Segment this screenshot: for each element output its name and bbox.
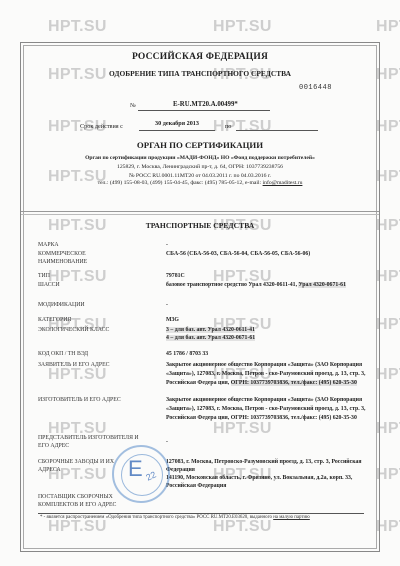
field-label: МОДИФИКАЦИИ: [38, 301, 160, 309]
valid-to-underline: [236, 130, 318, 131]
field-label: КАТЕГОРИЯ: [38, 316, 160, 324]
document-title: ОДОБРЕНИЕ ТИПА ТРАНСПОРТНОГО СРЕДСТВА: [20, 69, 380, 78]
serial-number: 0016448: [299, 84, 332, 92]
field-label: МАРКА: [38, 241, 160, 249]
field-label: СБОРОЧНЫЕ ЗАВОДЫ И ИХ АДРЕСА: [38, 458, 128, 474]
field-value: 127083, г. Москва, Петровско-Разумовский…: [166, 458, 366, 490]
applicant-highlight: ОГРН: 1037739703836, тел./факс: (495) 62…: [231, 380, 357, 386]
approval-number-underline: [138, 110, 270, 111]
certification-body-contacts: тел.: (499) 155-08-03, (499) 155-04-45, …: [20, 180, 380, 186]
field-value: Закрытое акционерное общество Корпорация…: [166, 361, 366, 388]
field-value: Закрытое акционерное общество Корпорация…: [166, 396, 366, 423]
vehicles-heading: ТРАНСПОРТНЫЕ СРЕДСТВА: [20, 221, 380, 230]
field-value: 79781С: [166, 272, 366, 280]
field-label: ШАССИ: [38, 281, 160, 289]
section-divider: [21, 211, 379, 212]
field-value: СБА-56 (СБА-56-03, СБА-56-04, СБА-56-05,…: [166, 250, 376, 258]
certification-body-accreditation: № РОСС RU.0001.11МТ20 от 04.03.2011 г. п…: [20, 173, 380, 179]
assembly-plant-address: 127083, г. Москва, Петровско-Разумовский…: [166, 458, 366, 474]
watermark: HPT.SU: [213, 18, 272, 36]
section-divider: [21, 214, 379, 215]
field-label: ИЗГОТОВИТЕЛЬ И ЕГО АДРЕС: [38, 396, 160, 404]
field-label: ЭКОЛОГИЧЕСКИЙ КЛАСС: [38, 326, 160, 334]
field-label: КОММЕРЧЕСКОЕ НАИМЕНОВАНИЕ: [38, 250, 108, 266]
valid-from-date: 30 декабря 2013: [155, 120, 199, 127]
valid-to-label: по: [225, 123, 231, 130]
chassis-text: базовое транспортное средство Урал 4320-…: [166, 282, 298, 288]
valid-from-label: Срок действия с: [80, 123, 123, 130]
contacts-text: тел.: (499) 155-08-03, (499) 155-04-45, …: [98, 180, 263, 186]
field-value: 3 – для баз. авт. Урал 4320-0611-41 4 – …: [166, 326, 366, 342]
eco-class-line: 3 – для баз. авт. Урал 4320-0611-41: [166, 327, 255, 333]
valid-from-underline: [139, 130, 215, 131]
field-value: -: [166, 241, 366, 249]
watermark: HPT.SU: [48, 18, 107, 36]
approval-number-label: №: [130, 103, 136, 109]
field-value: -: [166, 438, 366, 446]
footnote: * - является распространением «Одобрения…: [40, 514, 366, 521]
approval-number: E-RU.MT20.A.00499*: [173, 101, 238, 108]
email-link[interactable]: info@maditest.ru: [263, 180, 303, 186]
field-value: М3G: [166, 316, 366, 324]
country-heading: РОССИЙСКАЯ ФЕДЕРАЦИЯ: [20, 52, 380, 62]
footnote-underlined: на малую партию: [273, 515, 310, 520]
footnote-text: * - является распространением «Одобрения…: [40, 515, 273, 520]
field-value: базовое транспортное средство Урал 4320-…: [166, 281, 366, 289]
watermark: HPT.SU: [376, 18, 400, 36]
field-label: ЗАЯВИТЕЛЬ И ЕГО АДРЕС: [38, 361, 160, 369]
chassis-highlight: Урал 4320-0671-61: [298, 282, 346, 288]
eco-class-line: 4 – для баз. авт. Урал 4320-0671-61: [166, 335, 255, 341]
field-label: ПОСТАВЩИК СБОРОЧНЫХ КОМПЛЕКТОВ И ЕГО АДР…: [38, 493, 148, 509]
field-label: ПРЕДСТАВИТЕЛЬ ИЗГОТОВИТЕЛЯ И ЕГО АДРЕС: [38, 434, 148, 450]
certification-body-heading: ОРГАН ПО СЕРТИФИКАЦИИ: [20, 140, 380, 150]
field-value: 45 1786 / 8703 33: [166, 350, 366, 358]
assembly-plant-address: 141190, Московская область, г. Фрязино, …: [166, 474, 366, 490]
field-label: КОД ОКП / ТН ВЭД: [38, 350, 160, 358]
certification-body-name: Орган по сертификации продукции «МАДИ-ФО…: [20, 155, 380, 161]
certification-body-address: 125829, г. Москва, Ленинградский пр-т, д…: [20, 164, 380, 170]
field-value: -: [166, 301, 366, 309]
field-label: ТИП: [38, 272, 160, 280]
